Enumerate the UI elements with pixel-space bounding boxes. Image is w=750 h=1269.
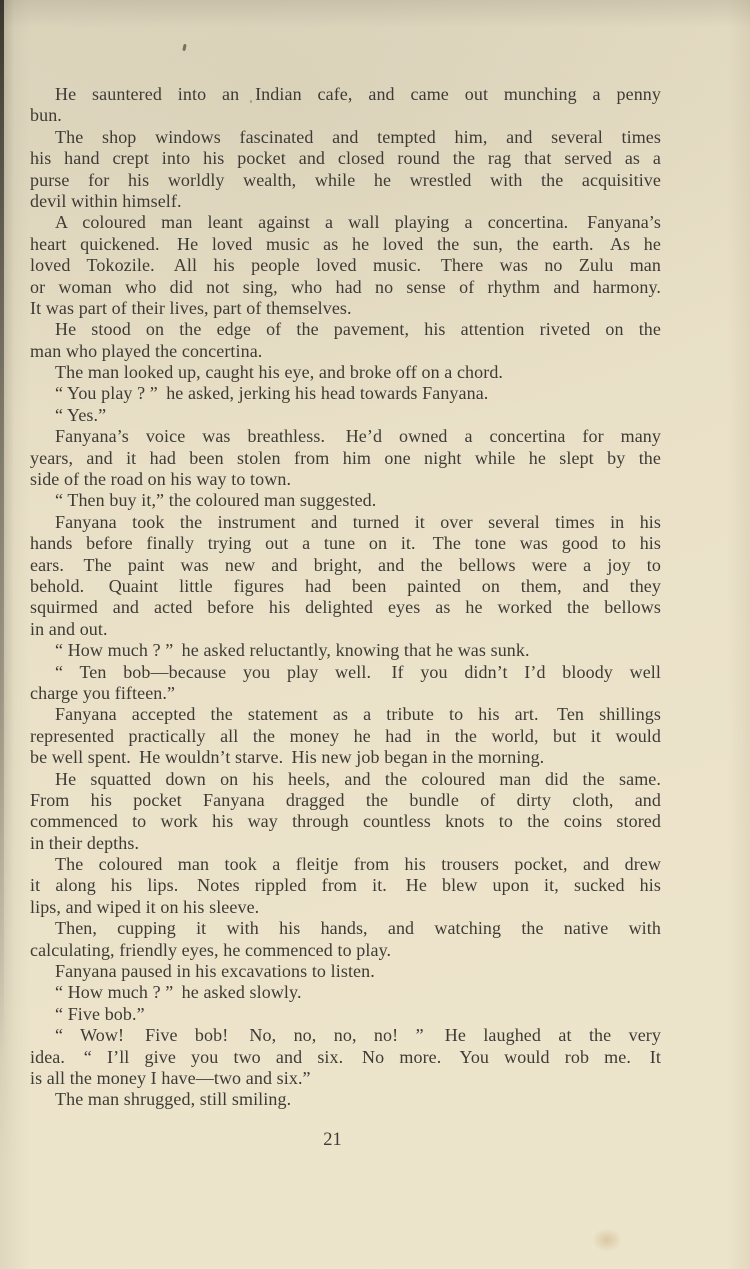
text-line: “ How much ? ” he asked reluctantly, kno… bbox=[30, 640, 661, 661]
text-line: loved Tokozile. All his people loved mus… bbox=[30, 255, 661, 276]
text-line: ears. The paint was new and bright, and … bbox=[30, 555, 661, 576]
paragraph: A coloured man leant against a wall play… bbox=[30, 212, 661, 319]
text-line: behold. Quaint little figures had been p… bbox=[30, 576, 661, 597]
text-line: years, and it had been stolen from him o… bbox=[30, 448, 661, 469]
text-line: “ Wow! Five bob! No, no, no, no! ” He la… bbox=[30, 1025, 661, 1046]
text-line: Fanyana took the instrument and turned i… bbox=[30, 512, 661, 533]
text-line: or woman who did not sing, who had no se… bbox=[30, 277, 661, 298]
text-line: “ You play ? ” he asked, jerking his hea… bbox=[30, 383, 661, 404]
text-line: “ Ten bob—because you play well. If you … bbox=[30, 662, 661, 683]
book-page: He sauntered into an Indian cafe, and ca… bbox=[0, 0, 750, 1269]
page-gutter-shadow bbox=[0, 0, 14, 1160]
text-line: He squatted down on his heels, and the c… bbox=[30, 769, 661, 790]
text-line: The coloured man took a fleitje from his… bbox=[30, 854, 661, 875]
paragraph: The man shrugged, still smiling. bbox=[30, 1089, 661, 1110]
text-line: “ How much ? ” he asked slowly. bbox=[30, 982, 661, 1003]
text-line: commenced to work his way through countl… bbox=[30, 811, 661, 832]
text-line: The shop windows fascinated and tempted … bbox=[30, 127, 661, 148]
text-line: bun. bbox=[30, 105, 661, 126]
text-line: in their depths. bbox=[30, 833, 661, 854]
text-line: squirmed and acted before his delighted … bbox=[30, 597, 661, 618]
paragraph: “ How much ? ” he asked slowly. bbox=[30, 982, 661, 1003]
text-line: A coloured man leant against a wall play… bbox=[30, 212, 661, 233]
text-line: is all the money I have—two and six.” bbox=[30, 1068, 661, 1089]
paragraph: “ Five bob.” bbox=[30, 1004, 661, 1025]
text-line: purse for his worldly wealth, while he w… bbox=[30, 170, 661, 191]
paper-stain bbox=[592, 1228, 622, 1252]
text-line: idea. “ I’ll give you two and six. No mo… bbox=[30, 1047, 661, 1068]
text-line: “ Five bob.” bbox=[30, 1004, 661, 1025]
text-line: side of the road on his way to town. bbox=[30, 469, 661, 490]
paragraph: “ How much ? ” he asked reluctantly, kno… bbox=[30, 640, 661, 661]
text-line: hands before finally trying out a tune o… bbox=[30, 533, 661, 554]
text-line: He stood on the edge of the pavement, hi… bbox=[30, 319, 661, 340]
paragraph: “ Wow! Five bob! No, no, no, no! ” He la… bbox=[30, 1025, 661, 1089]
page-number: 21 bbox=[30, 1129, 635, 1151]
text-line: It was part of their lives, part of them… bbox=[30, 298, 661, 319]
paragraph: Fanyana’s voice was breathless. He’d own… bbox=[30, 426, 661, 490]
text-line: Then, cupping it with his hands, and wat… bbox=[30, 918, 661, 939]
text-line: From his pocket Fanyana dragged the bund… bbox=[30, 790, 661, 811]
paragraph: He stood on the edge of the pavement, hi… bbox=[30, 319, 661, 362]
text-line: calculating, friendly eyes, he commenced… bbox=[30, 940, 661, 961]
paragraph: “ Yes.” bbox=[30, 405, 661, 426]
text-line: it along his lips. Notes rippled from it… bbox=[30, 875, 661, 896]
text-line: He sauntered into an Indian cafe, and ca… bbox=[30, 84, 661, 105]
text-line: be well spent. He wouldn’t starve. His n… bbox=[30, 747, 661, 768]
paragraph: The shop windows fascinated and tempted … bbox=[30, 127, 661, 213]
text-line: in and out. bbox=[30, 619, 661, 640]
text-line: represented practically all the money he… bbox=[30, 726, 661, 747]
text-line: charge you fifteen.” bbox=[30, 683, 661, 704]
paragraph: Fanyana took the instrument and turned i… bbox=[30, 512, 661, 640]
text-line: devil within himself. bbox=[30, 191, 661, 212]
text-line: “ Then buy it,” the coloured man suggest… bbox=[30, 490, 661, 511]
paragraph: “ You play ? ” he asked, jerking his hea… bbox=[30, 383, 661, 404]
text-line: man who played the concertina. bbox=[30, 341, 661, 362]
text-line: The man looked up, caught his eye, and b… bbox=[30, 362, 661, 383]
text-line: Fanyana’s voice was breathless. He’d own… bbox=[30, 426, 661, 447]
text-line: Fanyana accepted the statement as a trib… bbox=[30, 704, 661, 725]
text-block: He sauntered into an Indian cafe, and ca… bbox=[30, 84, 661, 1111]
paragraph: The coloured man took a fleitje from his… bbox=[30, 854, 661, 918]
paragraph: Then, cupping it with his hands, and wat… bbox=[30, 918, 661, 961]
text-line: his hand crept into his pocket and close… bbox=[30, 148, 661, 169]
paragraph: He sauntered into an Indian cafe, and ca… bbox=[30, 84, 661, 127]
text-line: The man shrugged, still smiling. bbox=[30, 1089, 661, 1110]
paragraph: “ Then buy it,” the coloured man suggest… bbox=[30, 490, 661, 511]
paragraph: Fanyana paused in his excavations to lis… bbox=[30, 961, 661, 982]
ink-speck bbox=[182, 44, 186, 51]
paragraph: “ Ten bob—because you play well. If you … bbox=[30, 662, 661, 705]
paragraph: Fanyana accepted the statement as a trib… bbox=[30, 704, 661, 768]
text-line: heart quickened. He loved music as he lo… bbox=[30, 234, 661, 255]
text-line: “ Yes.” bbox=[30, 405, 661, 426]
page-left-edge-line bbox=[0, 0, 4, 1060]
text-line: lips, and wiped it on his sleeve. bbox=[30, 897, 661, 918]
text-line: Fanyana paused in his excavations to lis… bbox=[30, 961, 661, 982]
paragraph: He squatted down on his heels, and the c… bbox=[30, 769, 661, 855]
paragraph: The man looked up, caught his eye, and b… bbox=[30, 362, 661, 383]
